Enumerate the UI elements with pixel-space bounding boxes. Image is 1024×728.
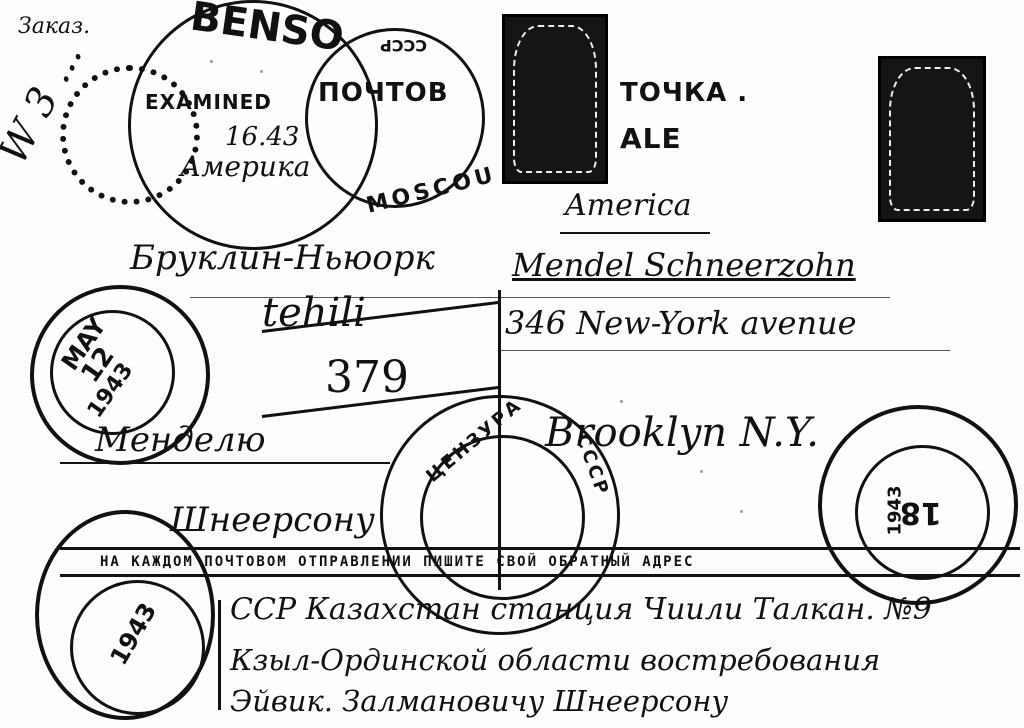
- recipient-ru-1: Менделю: [95, 420, 266, 460]
- right-postmark-year: 1943: [885, 485, 906, 535]
- box-number: 379: [325, 352, 409, 403]
- speckle: [700, 470, 703, 473]
- underline: [560, 232, 710, 234]
- sender-line-3: Эйвик. Залмановичу Шнеерсону: [230, 684, 728, 718]
- country-ru: Америка: [180, 150, 310, 183]
- postage-stamp-right: [878, 56, 986, 222]
- sender-line-2: Кзыл-Ординской области востребования: [230, 643, 880, 677]
- address-line: [60, 462, 390, 464]
- sender-line-1: ССР Казахстан станция Чиили Талкан. №9: [230, 592, 932, 627]
- address-line: [500, 350, 950, 351]
- box-word: tehili: [262, 290, 366, 336]
- postcard: Заказ. W 3 ... BENSO EXAMINED 16.43 MOSC…: [0, 0, 1024, 728]
- street-en: 346 New-York avenue: [505, 304, 857, 342]
- seal-postmark: [60, 65, 200, 205]
- printed-header-ru-left: ПОЧТОВ: [318, 78, 449, 108]
- recipient-ru-2: Шнеерсону: [170, 500, 375, 540]
- bracket: [218, 600, 221, 710]
- city-ru: Бруклин-Ньюорк: [130, 238, 435, 278]
- postage-stamp-left: [502, 14, 608, 184]
- country-en: America: [565, 188, 692, 223]
- speckle: [620, 400, 623, 403]
- registered-note: Заказ.: [18, 14, 90, 39]
- censor-postmark-number: 16.43: [225, 122, 299, 152]
- printed-header-ru: ТОЧКА .: [620, 78, 748, 108]
- printed-header-fr: ALE: [620, 122, 682, 155]
- right-postmark-day: 18: [900, 495, 942, 530]
- recipient-en: Mendel Schneerzohn: [512, 246, 856, 284]
- moscow-postmark-top: CCCP: [380, 36, 427, 55]
- speckle: [740, 510, 743, 513]
